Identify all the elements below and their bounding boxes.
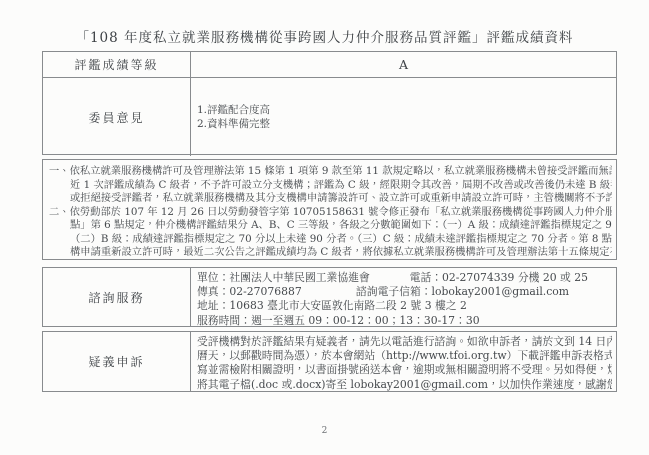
grade-label: 評鑑成績等級 bbox=[43, 52, 191, 77]
consult-hours: 服務時間：週一至週五 09：00-12：00；13：30-17：30 bbox=[197, 314, 612, 328]
document-title: 「108 年度私立就業服務機構從事跨國人力仲介服務品質評鑑」評鑑成績資料 bbox=[0, 26, 649, 46]
note2-line: 二、依勞動部於 107 年 12 月 26 日以勞動發管字第 107051586… bbox=[49, 206, 612, 220]
grade-row: 評鑑成績等級 A bbox=[43, 52, 616, 78]
evaluation-result-table: 評鑑成績等級 A 委員意見 1.評鑑配合度高 2.資料準備完整 bbox=[42, 51, 617, 155]
opinion-line: 2.資料準備完整 bbox=[197, 117, 616, 131]
appeal-line: 寫並需檢附相關證明，以書面掛號函送本會，逾期或無相關證明將不受理。另如得便，煩請 bbox=[197, 363, 612, 377]
note1-line: 近 1 次評鑑成績為 C 級者，不予許可設立分支機構；評鑑為 C 級，經限期令其… bbox=[49, 179, 612, 193]
appeal-label: 疑義申訴 bbox=[43, 332, 191, 391]
consult-email: 諮詢電子信箱：lobokay2001@gmail.com bbox=[356, 285, 569, 299]
appeal-content: 受評機構對於評鑑結果有疑義者，請先以電話進行諮詢。如欲申訴者，請於文到 14 日… bbox=[191, 332, 616, 391]
note2-line: 點」第 6 點規定，仲介機構評鑑結果分 A、B、C 三等級，各級之分數範圍如下：… bbox=[49, 219, 612, 233]
consultation-service-content: 單位：社團法人中華民國工業協進會 電話：02-27074339 分機 20 或 … bbox=[191, 268, 616, 326]
consult-line-unit-phone: 單位：社團法人中華民國工業協進會 電話：02-27074339 分機 20 或 … bbox=[197, 271, 612, 285]
scanned-document-page: 「108 年度私立就業服務機構從事跨國人力仲介服務品質評鑑」評鑑成績資料 評鑑成… bbox=[0, 0, 649, 455]
committee-opinion-label: 委員意見 bbox=[43, 78, 191, 156]
grade-value: A bbox=[191, 52, 616, 77]
note1-line: 或拒絕接受評鑑者，私立就業服務機構及其分支機構申請籌設許可、設立許可或重新申請設… bbox=[49, 192, 612, 206]
regulatory-notes-box: 一、依私立就業服務機構許可及管理辦法第 15 條第 1 項第 9 款至第 11 … bbox=[42, 159, 617, 260]
committee-opinion-content: 1.評鑑配合度高 2.資料準備完整 bbox=[191, 78, 616, 156]
consult-line-fax-email: 傳真：02-27076887 諮詢電子信箱：lobokay2001@gmail.… bbox=[197, 285, 612, 299]
regulatory-notes: 一、依私立就業服務機構許可及管理辦法第 15 條第 1 項第 9 款至第 11 … bbox=[43, 160, 616, 260]
consult-phone: 電話：02-27074339 分機 20 或 25 bbox=[410, 271, 588, 285]
page-number: 2 bbox=[0, 426, 649, 436]
note2-line: 構申請重新設立許可時，最近二次公告之評鑑成績均為 C 級者，將依據私立就業服務機… bbox=[49, 246, 612, 260]
committee-opinion-row: 委員意見 1.評鑑配合度高 2.資料準備完整 bbox=[43, 78, 616, 156]
appeal-row: 疑義申訴 受評機構對於評鑑結果有疑義者，請先以電話進行諮詢。如欲申訴者，請於文到… bbox=[42, 331, 617, 392]
appeal-line: 受評機構對於評鑑結果有疑義者，請先以電話進行諮詢。如欲申訴者，請於文到 14 日… bbox=[197, 335, 612, 349]
consult-fax: 傳真：02-27076887 bbox=[197, 285, 302, 299]
note2-line: （二）B 級：成績達評鑑指標規定之 70 分以上未達 90 分者。（三）C 級：… bbox=[49, 233, 612, 247]
consult-unit: 單位：社團法人中華民國工業協進會 bbox=[197, 271, 370, 285]
note1-line: 一、依私立就業服務機構許可及管理辦法第 15 條第 1 項第 9 款至第 11 … bbox=[49, 165, 612, 179]
consultation-service-label: 諮詢服務 bbox=[43, 268, 191, 326]
consult-address: 地址：10683 臺北市大安區敦化南路二段 2 號 3 樓之 2 bbox=[197, 299, 612, 313]
appeal-line: 將其電子檔(.doc 或.docx)寄至 lobokay2001@gmail.c… bbox=[197, 378, 612, 392]
appeal-line: 曆天，以郵戳時間為憑），於本會網站（http://www.tfoi.org.tw… bbox=[197, 349, 612, 363]
consultation-service-row: 諮詢服務 單位：社團法人中華民國工業協進會 電話：02-27074339 分機 … bbox=[42, 267, 617, 327]
opinion-line: 1.評鑑配合度高 bbox=[197, 103, 616, 117]
